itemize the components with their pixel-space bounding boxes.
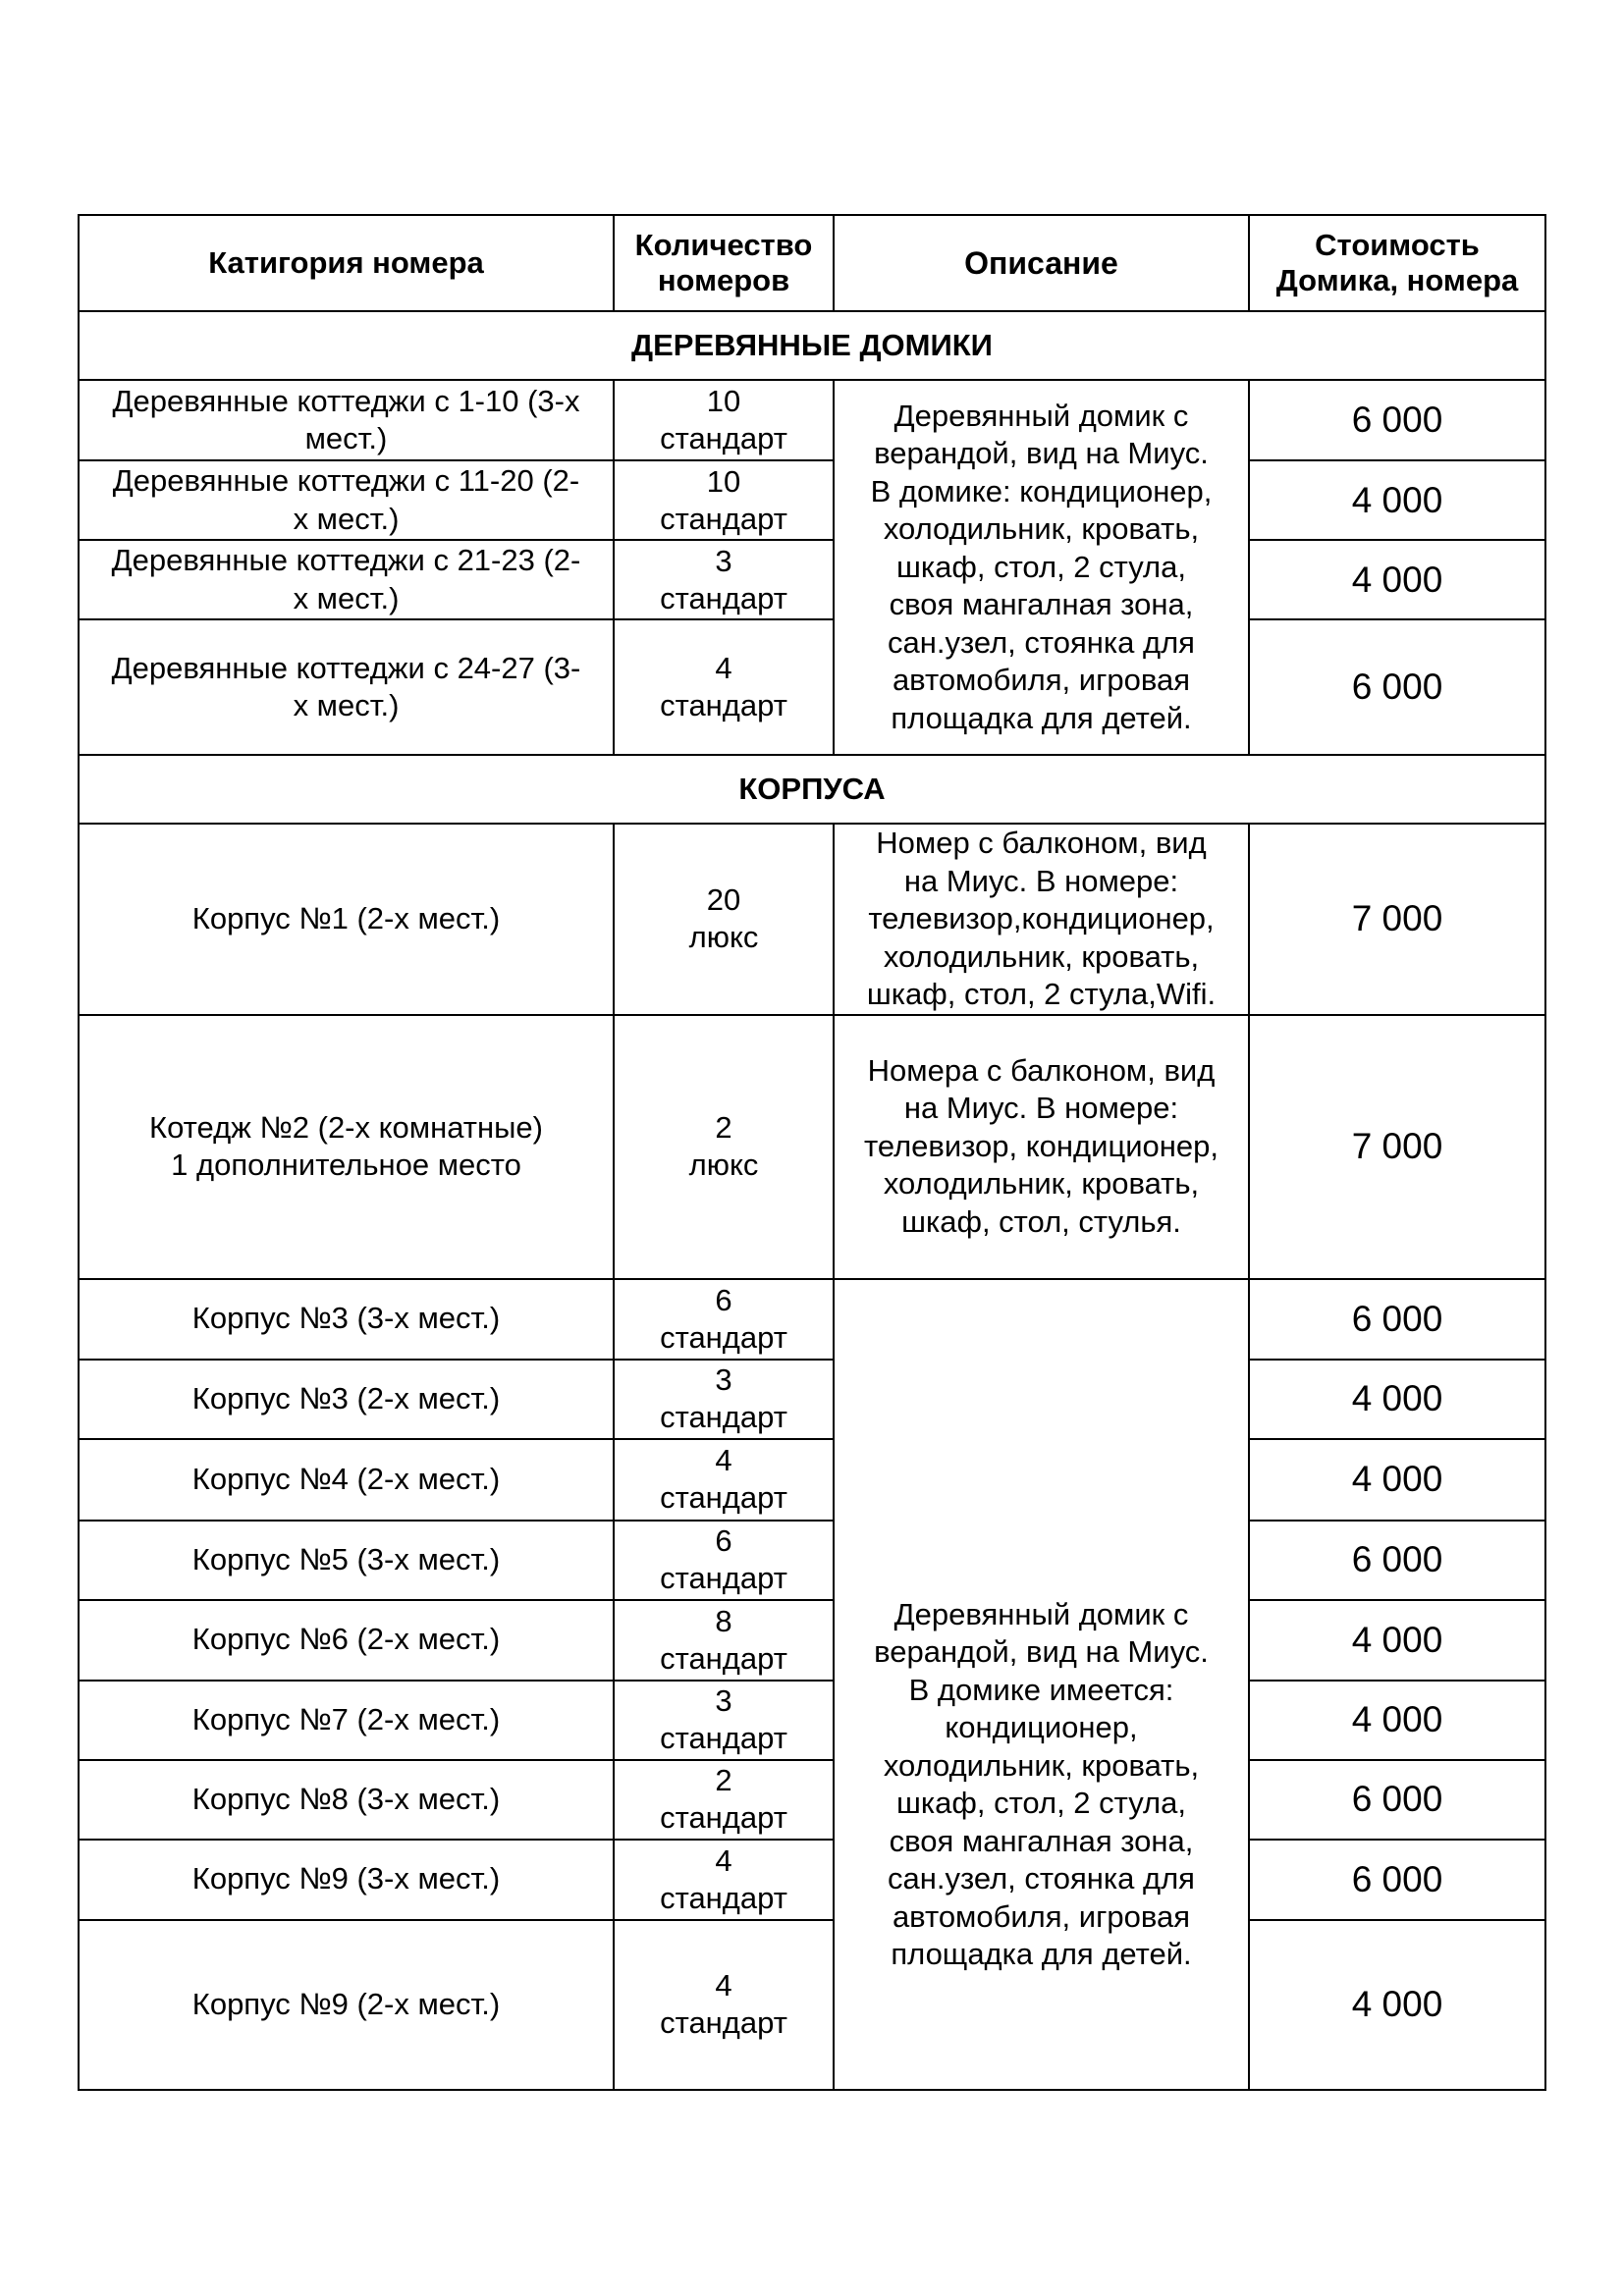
quantity-cell: 10 стандарт	[614, 460, 834, 540]
description-line: Деревянный домик с	[839, 398, 1244, 436]
description-line: В домике имеется:	[839, 1672, 1244, 1710]
header-price: Стоимость Домика, номера	[1249, 215, 1545, 311]
category-line: х мест.)	[83, 687, 609, 725]
category-cell: Корпус №5 (3-х мест.)	[79, 1521, 614, 1600]
description-line: верандой, вид на Миус.	[839, 435, 1244, 473]
category-cell: Корпус №9 (3-х мест.)	[79, 1840, 614, 1920]
table-row: Корпус №7 (2-х мест.) 3 стандарт 4 000	[79, 1681, 1545, 1760]
room-class: стандарт	[619, 1319, 829, 1357]
room-class: стандарт	[619, 580, 829, 617]
header-quantity-line1: Количество	[619, 228, 829, 263]
quantity-cell: 10 стандарт	[614, 380, 834, 460]
description-line: холодильник, кровать,	[839, 510, 1244, 549]
table-row: Корпус №1 (2-х мест.) 20 люкс Номер с ба…	[79, 824, 1545, 1015]
room-class: стандарт	[619, 2004, 829, 2042]
quantity-value: 4	[619, 1842, 829, 1880]
quantity-cell: 6 стандарт	[614, 1521, 834, 1600]
description-line: холодильник, кровать,	[839, 1165, 1244, 1203]
description-cell: Номер с балконом, вид на Миус. В номере:…	[834, 824, 1249, 1015]
header-category: Катигория номера	[79, 215, 614, 311]
category-line: х мест.)	[83, 580, 609, 618]
category-line: Деревянные коттеджи с 24-27 (3-	[83, 650, 609, 688]
section-title: КОРПУСА	[79, 755, 1545, 824]
room-price-table: Катигория номера Количество номеров Опис…	[78, 214, 1546, 2091]
price-cell: 6 000	[1249, 1760, 1545, 1840]
category-cell: Корпус №9 (2-х мест.)	[79, 1920, 614, 2090]
category-cell: Деревянные коттеджи с 24-27 (3- х мест.)	[79, 619, 614, 755]
category-cell: Корпус №7 (2-х мест.)	[79, 1681, 614, 1760]
room-class: стандарт	[619, 1560, 829, 1597]
header-description: Описание	[834, 215, 1249, 311]
category-line: Корпус №1 (2-х мест.)	[83, 900, 609, 938]
description-line: на Миус. В номере:	[839, 1090, 1244, 1128]
quantity-cell: 2 люкс	[614, 1015, 834, 1279]
quantity-value: 4	[619, 1967, 829, 2004]
description-line: шкаф, стол, стулья.	[839, 1203, 1244, 1242]
quantity-cell: 2 стандарт	[614, 1760, 834, 1840]
header-quantity-line2: номеров	[619, 263, 829, 298]
description-line: своя мангалная зона,	[839, 1823, 1244, 1861]
room-class: стандарт	[619, 1640, 829, 1678]
quantity-value: 3	[619, 543, 829, 580]
category-line: х мест.)	[83, 501, 609, 539]
description-line: В домике: кондиционер,	[839, 473, 1244, 511]
price-cell: 7 000	[1249, 1015, 1545, 1279]
category-cell: Корпус №3 (2-х мест.)	[79, 1360, 614, 1439]
shared-description-cell: Деревянный домик с верандой, вид на Миус…	[834, 380, 1249, 755]
description-line: автомобиля, игровая	[839, 1898, 1244, 1937]
category-cell: Деревянные коттеджи с 11-20 (2- х мест.)	[79, 460, 614, 540]
price-cell: 4 000	[1249, 1600, 1545, 1681]
description-line: холодильник, кровать,	[839, 938, 1244, 977]
quantity-value: 3	[619, 1682, 829, 1720]
quantity-value: 2	[619, 1762, 829, 1799]
category-cell: Корпус №3 (3-х мест.)	[79, 1279, 614, 1360]
room-class: стандарт	[619, 501, 829, 538]
table-row: Деревянные коттеджи с 24-27 (3- х мест.)…	[79, 619, 1545, 755]
header-description-label: Описание	[964, 245, 1118, 281]
header-price-line1: Стоимость	[1254, 228, 1541, 263]
category-cell: Деревянные коттеджи с 1-10 (3-х мест.)	[79, 380, 614, 460]
table-row: Деревянные коттеджи с 11-20 (2- х мест.)…	[79, 460, 1545, 540]
quantity-value: 6	[619, 1522, 829, 1560]
description-line: площадка для детей.	[839, 1936, 1244, 1974]
price-cell: 6 000	[1249, 1279, 1545, 1360]
price-cell: 6 000	[1249, 1521, 1545, 1600]
section-row-buildings: КОРПУСА	[79, 755, 1545, 824]
category-line: Деревянные коттеджи с 1-10 (3-х	[83, 383, 609, 421]
price-cell: 4 000	[1249, 1439, 1545, 1521]
quantity-value: 10	[619, 463, 829, 501]
quantity-cell: 8 стандарт	[614, 1600, 834, 1681]
table-row: Деревянные коттеджи с 21-23 (2- х мест.)…	[79, 540, 1545, 619]
spacer	[839, 1395, 1244, 1596]
table-row: Деревянные коттеджи с 1-10 (3-х мест.) 1…	[79, 380, 1545, 460]
category-cell: Корпус №8 (3-х мест.)	[79, 1760, 614, 1840]
header-category-label: Катигория номера	[208, 245, 484, 280]
table-row: Корпус №9 (3-х мест.) 4 стандарт 6 000	[79, 1840, 1545, 1920]
quantity-cell: 4 стандарт	[614, 1920, 834, 2090]
room-class: стандарт	[619, 1880, 829, 1917]
table-row: Корпус №4 (2-х мест.) 4 стандарт 4 000	[79, 1439, 1545, 1521]
price-cell: 6 000	[1249, 1840, 1545, 1920]
price-cell: 4 000	[1249, 1681, 1545, 1760]
quantity-value: 10	[619, 383, 829, 420]
description-line: Номера с балконом, вид	[839, 1052, 1244, 1091]
description-cell: Номера с балконом, вид на Миус. В номере…	[834, 1015, 1249, 1279]
price-cell: 4 000	[1249, 540, 1545, 619]
description-line: сан.узел, стоянка для	[839, 624, 1244, 663]
category-line: Деревянные коттеджи с 21-23 (2-	[83, 542, 609, 580]
table-row: Корпус №9 (2-х мест.) 4 стандарт 4 000	[79, 1920, 1545, 2090]
room-class: люкс	[619, 1147, 829, 1184]
table-row: Корпус №8 (3-х мест.) 2 стандарт 6 000	[79, 1760, 1545, 1840]
room-class: люкс	[619, 919, 829, 956]
description-line: шкаф, стол, 2 стула,	[839, 549, 1244, 587]
category-line: 1 дополнительное место	[83, 1147, 609, 1185]
table-row: Корпус №3 (2-х мест.) 3 стандарт 4 000	[79, 1360, 1545, 1439]
shared-description-cell: Деревянный домик с верандой, вид на Миус…	[834, 1279, 1249, 2090]
table-header-row: Катигория номера Количество номеров Опис…	[79, 215, 1545, 311]
category-cell: Котедж №2 (2-х комнатные) 1 дополнительн…	[79, 1015, 614, 1279]
quantity-value: 4	[619, 650, 829, 687]
room-class: стандарт	[619, 1479, 829, 1517]
room-class: стандарт	[619, 1399, 829, 1436]
room-class: стандарт	[619, 1720, 829, 1757]
table-row: Корпус №6 (2-х мест.) 8 стандарт 4 000	[79, 1600, 1545, 1681]
description-line: своя мангалная зона,	[839, 586, 1244, 624]
room-class: стандарт	[619, 420, 829, 457]
quantity-cell: 3 стандарт	[614, 1681, 834, 1760]
quantity-cell: 4 стандарт	[614, 619, 834, 755]
category-line: мест.)	[83, 420, 609, 458]
quantity-cell: 3 стандарт	[614, 1360, 834, 1439]
quantity-cell: 3 стандарт	[614, 540, 834, 619]
description-line: Деревянный домик с	[839, 1596, 1244, 1634]
category-line: Котедж №2 (2-х комнатные)	[83, 1109, 609, 1148]
price-cell: 4 000	[1249, 460, 1545, 540]
room-class: стандарт	[619, 1799, 829, 1837]
table-row: Котедж №2 (2-х комнатные) 1 дополнительн…	[79, 1015, 1545, 1279]
price-cell: 6 000	[1249, 619, 1545, 755]
category-cell: Корпус №4 (2-х мест.)	[79, 1439, 614, 1521]
description-line: телевизор,кондиционер,	[839, 900, 1244, 938]
header-price-line2: Домика, номера	[1254, 263, 1541, 298]
quantity-value: 2	[619, 1109, 829, 1147]
description-line: шкаф, стол, 2 стула,Wifi.	[839, 976, 1244, 1014]
price-cell: 4 000	[1249, 1920, 1545, 2090]
quantity-cell: 4 стандарт	[614, 1840, 834, 1920]
description-line: автомобиля, игровая	[839, 662, 1244, 700]
description-line: площадка для детей.	[839, 700, 1244, 738]
quantity-value: 8	[619, 1603, 829, 1640]
quantity-value: 4	[619, 1442, 829, 1479]
section-row-wooden-houses: ДЕРЕВЯННЫЕ ДОМИКИ	[79, 311, 1545, 380]
quantity-value: 6	[619, 1282, 829, 1319]
description-line: холодильник, кровать,	[839, 1747, 1244, 1786]
price-cell: 4 000	[1249, 1360, 1545, 1439]
quantity-cell: 4 стандарт	[614, 1439, 834, 1521]
header-quantity: Количество номеров	[614, 215, 834, 311]
category-cell: Корпус №6 (2-х мест.)	[79, 1600, 614, 1681]
price-list-page: Катигория номера Количество номеров Опис…	[78, 214, 1544, 2091]
price-cell: 7 000	[1249, 824, 1545, 1015]
category-cell: Корпус №1 (2-х мест.)	[79, 824, 614, 1015]
room-class: стандарт	[619, 687, 829, 724]
price-cell: 6 000	[1249, 380, 1545, 460]
category-line: Деревянные коттеджи с 11-20 (2-	[83, 462, 609, 501]
description-line: кондиционер,	[839, 1709, 1244, 1747]
quantity-value: 20	[619, 881, 829, 919]
section-title: ДЕРЕВЯННЫЕ ДОМИКИ	[79, 311, 1545, 380]
quantity-cell: 20 люкс	[614, 824, 834, 1015]
table-row: Корпус №3 (3-х мест.) 6 стандарт Деревян…	[79, 1279, 1545, 1360]
quantity-cell: 6 стандарт	[614, 1279, 834, 1360]
quantity-value: 3	[619, 1362, 829, 1399]
description-line: сан.узел, стоянка для	[839, 1860, 1244, 1898]
description-line: телевизор, кондиционер,	[839, 1128, 1244, 1166]
description-line: Номер с балконом, вид	[839, 825, 1244, 863]
description-line: верандой, вид на Миус.	[839, 1633, 1244, 1672]
description-line: шкаф, стол, 2 стула,	[839, 1785, 1244, 1823]
category-cell: Деревянные коттеджи с 21-23 (2- х мест.)	[79, 540, 614, 619]
table-row: Корпус №5 (3-х мест.) 6 стандарт 6 000	[79, 1521, 1545, 1600]
description-line: на Миус. В номере:	[839, 863, 1244, 901]
